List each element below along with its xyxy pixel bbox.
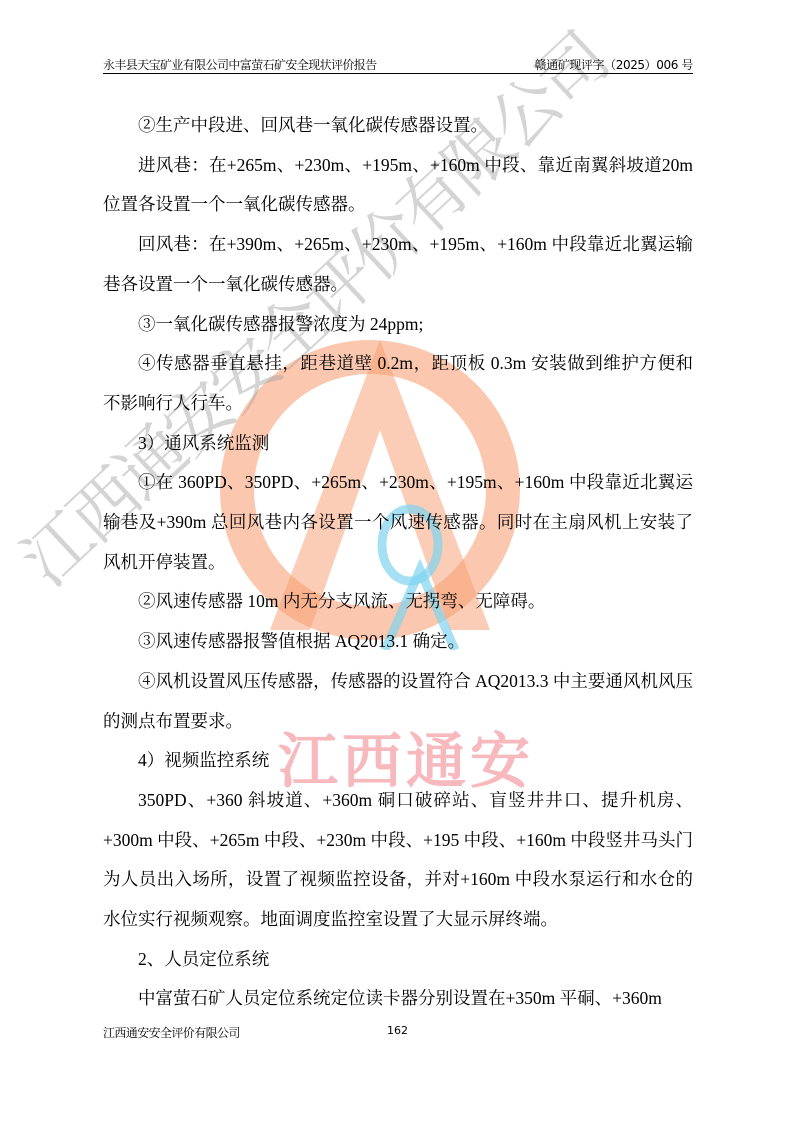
paragraph: 回风巷：在+390m、+265m、+230m、+195m、+160m 中段靠近北… — [103, 225, 693, 304]
paragraph: ③一氧化碳传感器报警浓度为 24ppm; — [103, 305, 693, 345]
section-heading: 3）通风系统监测 — [103, 424, 693, 464]
paragraph: ①在 360PD、350PD、+265m、+230m、+195m、+160m 中… — [103, 463, 693, 582]
paragraph: 350PD、+360 斜坡道、+360m 硐口破碎站、盲竖井井口、提升机房、+3… — [103, 781, 693, 940]
paragraph: ③风速传感器报警值根据 AQ2013.1 确定。 — [103, 622, 693, 662]
section-heading: 4）视频监控系统 — [103, 741, 693, 781]
paragraph: ④风机设置风压传感器，传感器的设置符合 AQ2013.3 中主要通风机风压的测点… — [103, 662, 693, 741]
page-number: 162 — [387, 1024, 408, 1037]
footer-company: 江西通安安全评价有限公司 — [103, 1024, 240, 1041]
paragraph: 中富萤石矿人员定位系统定位读卡器分别设置在+350m 平硐、+360m — [103, 979, 693, 1019]
page-header: 永丰县天宝矿业有限公司中富萤石矿安全现状评价报告 赣通矿现评字（2025）006… — [103, 55, 693, 74]
paragraph: 进风巷：在+265m、+230m、+195m、+160m 中段、靠近南翼斜坡道2… — [103, 146, 693, 225]
section-heading: 2、人员定位系统 — [103, 940, 693, 980]
paragraph: ②生产中段进、回风巷一氧化碳传感器设置。 — [103, 106, 693, 146]
paragraph: ②风速传感器 10m 内无分支风流、无拐弯、无障碍。 — [103, 582, 693, 622]
report-title: 永丰县天宝矿业有限公司中富萤石矿安全现状评价报告 — [103, 56, 377, 73]
document-body: ②生产中段进、回风巷一氧化碳传感器设置。 进风巷：在+265m、+230m、+1… — [103, 106, 693, 1019]
report-number: 赣通矿现评字（2025）006 号 — [535, 56, 693, 73]
paragraph: ④传感器垂直悬挂，距巷道壁 0.2m，距顶板 0.3m 安装做到维护方便和不影响… — [103, 344, 693, 423]
